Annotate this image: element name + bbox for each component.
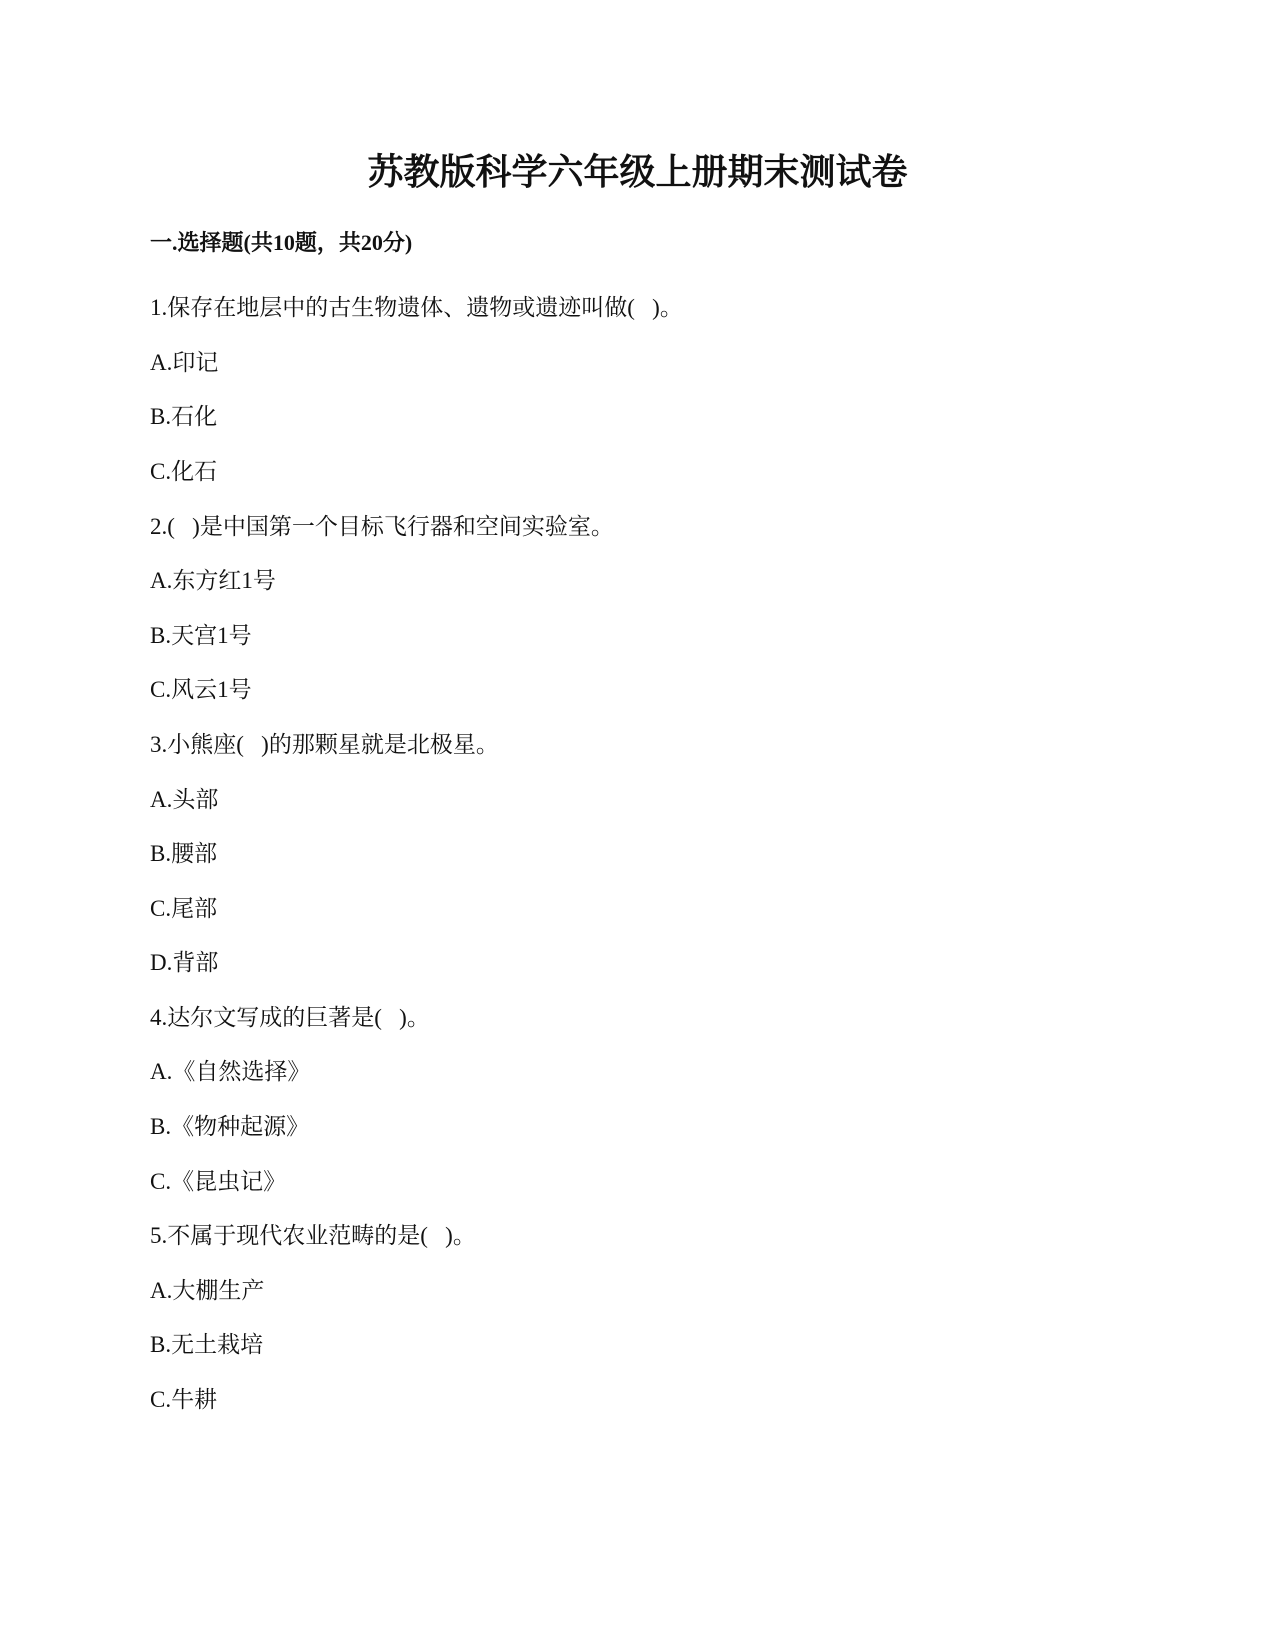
question-option: C.化石: [150, 453, 217, 486]
question-option: C.牛耕: [150, 1381, 217, 1414]
question-stem: 5.不属于现代农业范畴的是( )。: [150, 1217, 476, 1250]
question-option: B.腰部: [150, 835, 217, 868]
question-option: C.风云1号: [150, 671, 252, 704]
question-option: A.《自然选择》: [150, 1053, 310, 1086]
question-stem: 4.达尔文写成的巨著是( )。: [150, 999, 430, 1032]
question-stem: 2.( )是中国第一个目标飞行器和空间实验室。: [150, 508, 614, 541]
question-option: A.印记: [150, 344, 218, 377]
section-heading: 一.选择题(共10题，共20分): [150, 226, 412, 257]
question-option: C.《昆虫记》: [150, 1163, 286, 1196]
question-stem: 3.小熊座( )的那颗星就是北极星。: [150, 726, 499, 759]
document-title: 苏教版科学六年级上册期末测试卷: [0, 144, 1275, 195]
question-option: A.东方红1号: [150, 562, 276, 595]
question-option: A.大棚生产: [150, 1272, 264, 1305]
question-option: D.背部: [150, 944, 218, 977]
question-stem: 1.保存在地层中的古生物遗体、遗物或遗迹叫做( )。: [150, 289, 683, 322]
question-option: B.天宫1号: [150, 617, 252, 650]
question-option: B.无土栽培: [150, 1326, 263, 1359]
question-option: C.尾部: [150, 890, 217, 923]
question-option: A.头部: [150, 781, 218, 814]
question-option: B.《物种起源》: [150, 1108, 309, 1141]
question-option: B.石化: [150, 398, 217, 431]
